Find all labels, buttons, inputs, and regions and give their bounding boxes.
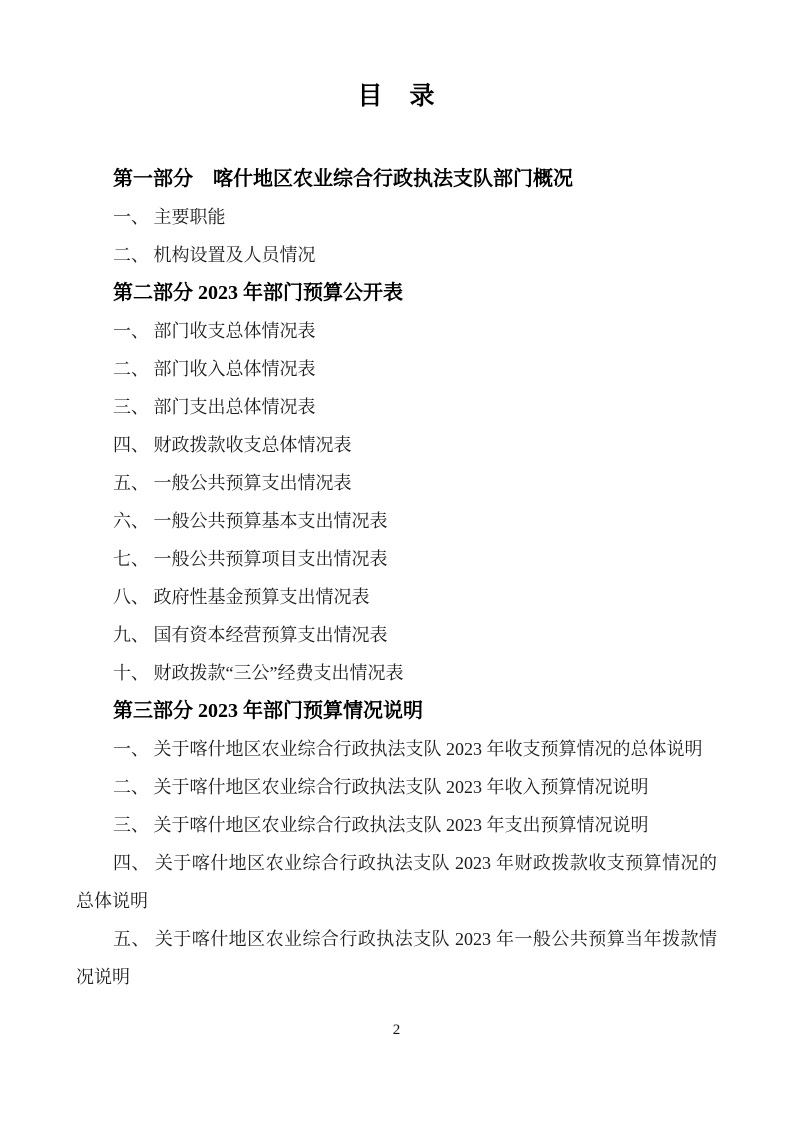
toc-item: 七、 一般公共预算项目支出情况表 [76, 540, 717, 578]
toc-item: 六、 一般公共预算基本支出情况表 [76, 502, 717, 540]
table-of-contents: 第一部分 喀什地区农业综合行政执法支队部门概况 一、 主要职能 二、 机构设置及… [76, 160, 717, 996]
toc-item: 一、 关于喀什地区农业综合行政执法支队 2023 年收支预算情况的总体说明 [76, 730, 717, 768]
toc-item: 二、 机构设置及人员情况 [76, 236, 717, 274]
toc-part-heading: 第一部分 喀什地区农业综合行政执法支队部门概况 [76, 160, 717, 198]
toc-item: 五、 一般公共预算支出情况表 [76, 464, 717, 502]
toc-item: 三、 关于喀什地区农业综合行政执法支队 2023 年支出预算情况说明 [76, 806, 717, 844]
toc-item: 八、 政府性基金预算支出情况表 [76, 578, 717, 616]
toc-part-heading: 第二部分 2023 年部门预算公开表 [76, 274, 717, 312]
toc-item: 二、 关于喀什地区农业综合行政执法支队 2023 年收入预算情况说明 [76, 768, 717, 806]
toc-item: 三、 部门支出总体情况表 [76, 388, 717, 426]
document-page: 目 录 第一部分 喀什地区农业综合行政执法支队部门概况 一、 主要职能 二、 机… [0, 0, 793, 1122]
toc-item: 五、 关于喀什地区农业综合行政执法支队 2023 年一般公共预算当年拨款情况说明 [76, 920, 717, 996]
toc-item: 四、 关于喀什地区农业综合行政执法支队 2023 年财政拨款收支预算情况的总体说… [76, 844, 717, 920]
toc-item: 一、 部门收支总体情况表 [76, 312, 717, 350]
toc-item: 四、 财政拨款收支总体情况表 [76, 426, 717, 464]
document-title: 目 录 [76, 80, 717, 114]
page-content: 目 录 第一部分 喀什地区农业综合行政执法支队部门概况 一、 主要职能 二、 机… [0, 80, 793, 996]
toc-item: 九、 国有资本经营预算支出情况表 [76, 616, 717, 654]
toc-part-heading: 第三部分 2023 年部门预算情况说明 [76, 692, 717, 730]
toc-item: 一、 主要职能 [76, 198, 717, 236]
toc-item: 十、 财政拨款“三公”经费支出情况表 [76, 654, 717, 692]
page-number: 2 [0, 1020, 793, 1040]
toc-item: 二、 部门收入总体情况表 [76, 350, 717, 388]
